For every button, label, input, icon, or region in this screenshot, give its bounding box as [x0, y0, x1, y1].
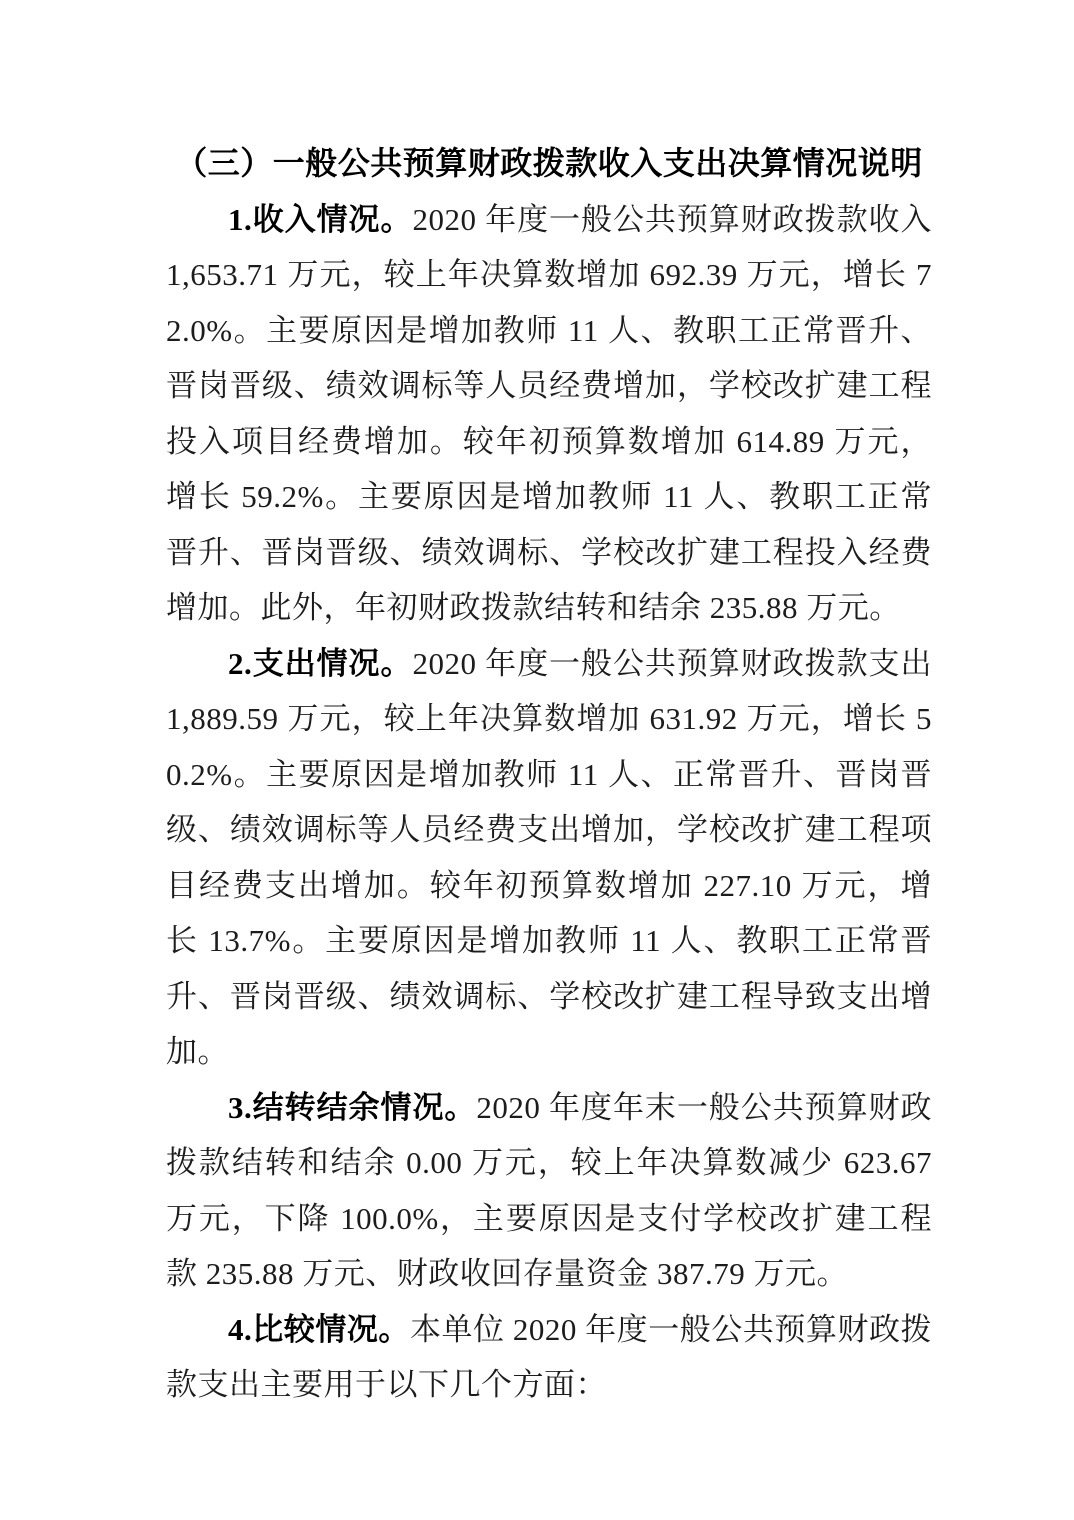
section-title: （三）一般公共预算财政拨款收入支出决算情况说明: [166, 136, 932, 192]
paragraph-carryover-lead: 3.结转结余情况。: [228, 1090, 476, 1125]
paragraph-expenditure: 2.支出情况。2020 年度一般公共预算财政拨款支出 1,889.59 万元，较…: [166, 636, 932, 1080]
document-content: （三）一般公共预算财政拨款收入支出决算情况说明 1.收入情况。2020 年度一般…: [166, 136, 932, 1413]
paragraph-expenditure-text: 2020 年度一般公共预算财政拨款支出 1,889.59 万元，较上年决算数增加…: [166, 646, 932, 1070]
paragraph-comparison-lead: 4.比较情况。: [228, 1312, 410, 1347]
paragraph-income: 1.收入情况。2020 年度一般公共预算财政拨款收入 1,653.71 万元，较…: [166, 192, 932, 636]
paragraph-carryover: 3.结转结余情况。2020 年度年末一般公共预算财政拨款结转和结余 0.00 万…: [166, 1080, 932, 1302]
paragraph-income-text: 2020 年度一般公共预算财政拨款收入 1,653.71 万元，较上年决算数增加…: [166, 202, 932, 626]
paragraph-expenditure-lead: 2.支出情况。: [228, 646, 412, 681]
paragraph-income-lead: 1.收入情况。: [228, 202, 412, 237]
document-page: （三）一般公共预算财政拨款收入支出决算情况说明 1.收入情况。2020 年度一般…: [0, 0, 1074, 1520]
paragraph-comparison: 4.比较情况。本单位 2020 年度一般公共预算财政拨款支出主要用于以下几个方面…: [166, 1302, 932, 1413]
